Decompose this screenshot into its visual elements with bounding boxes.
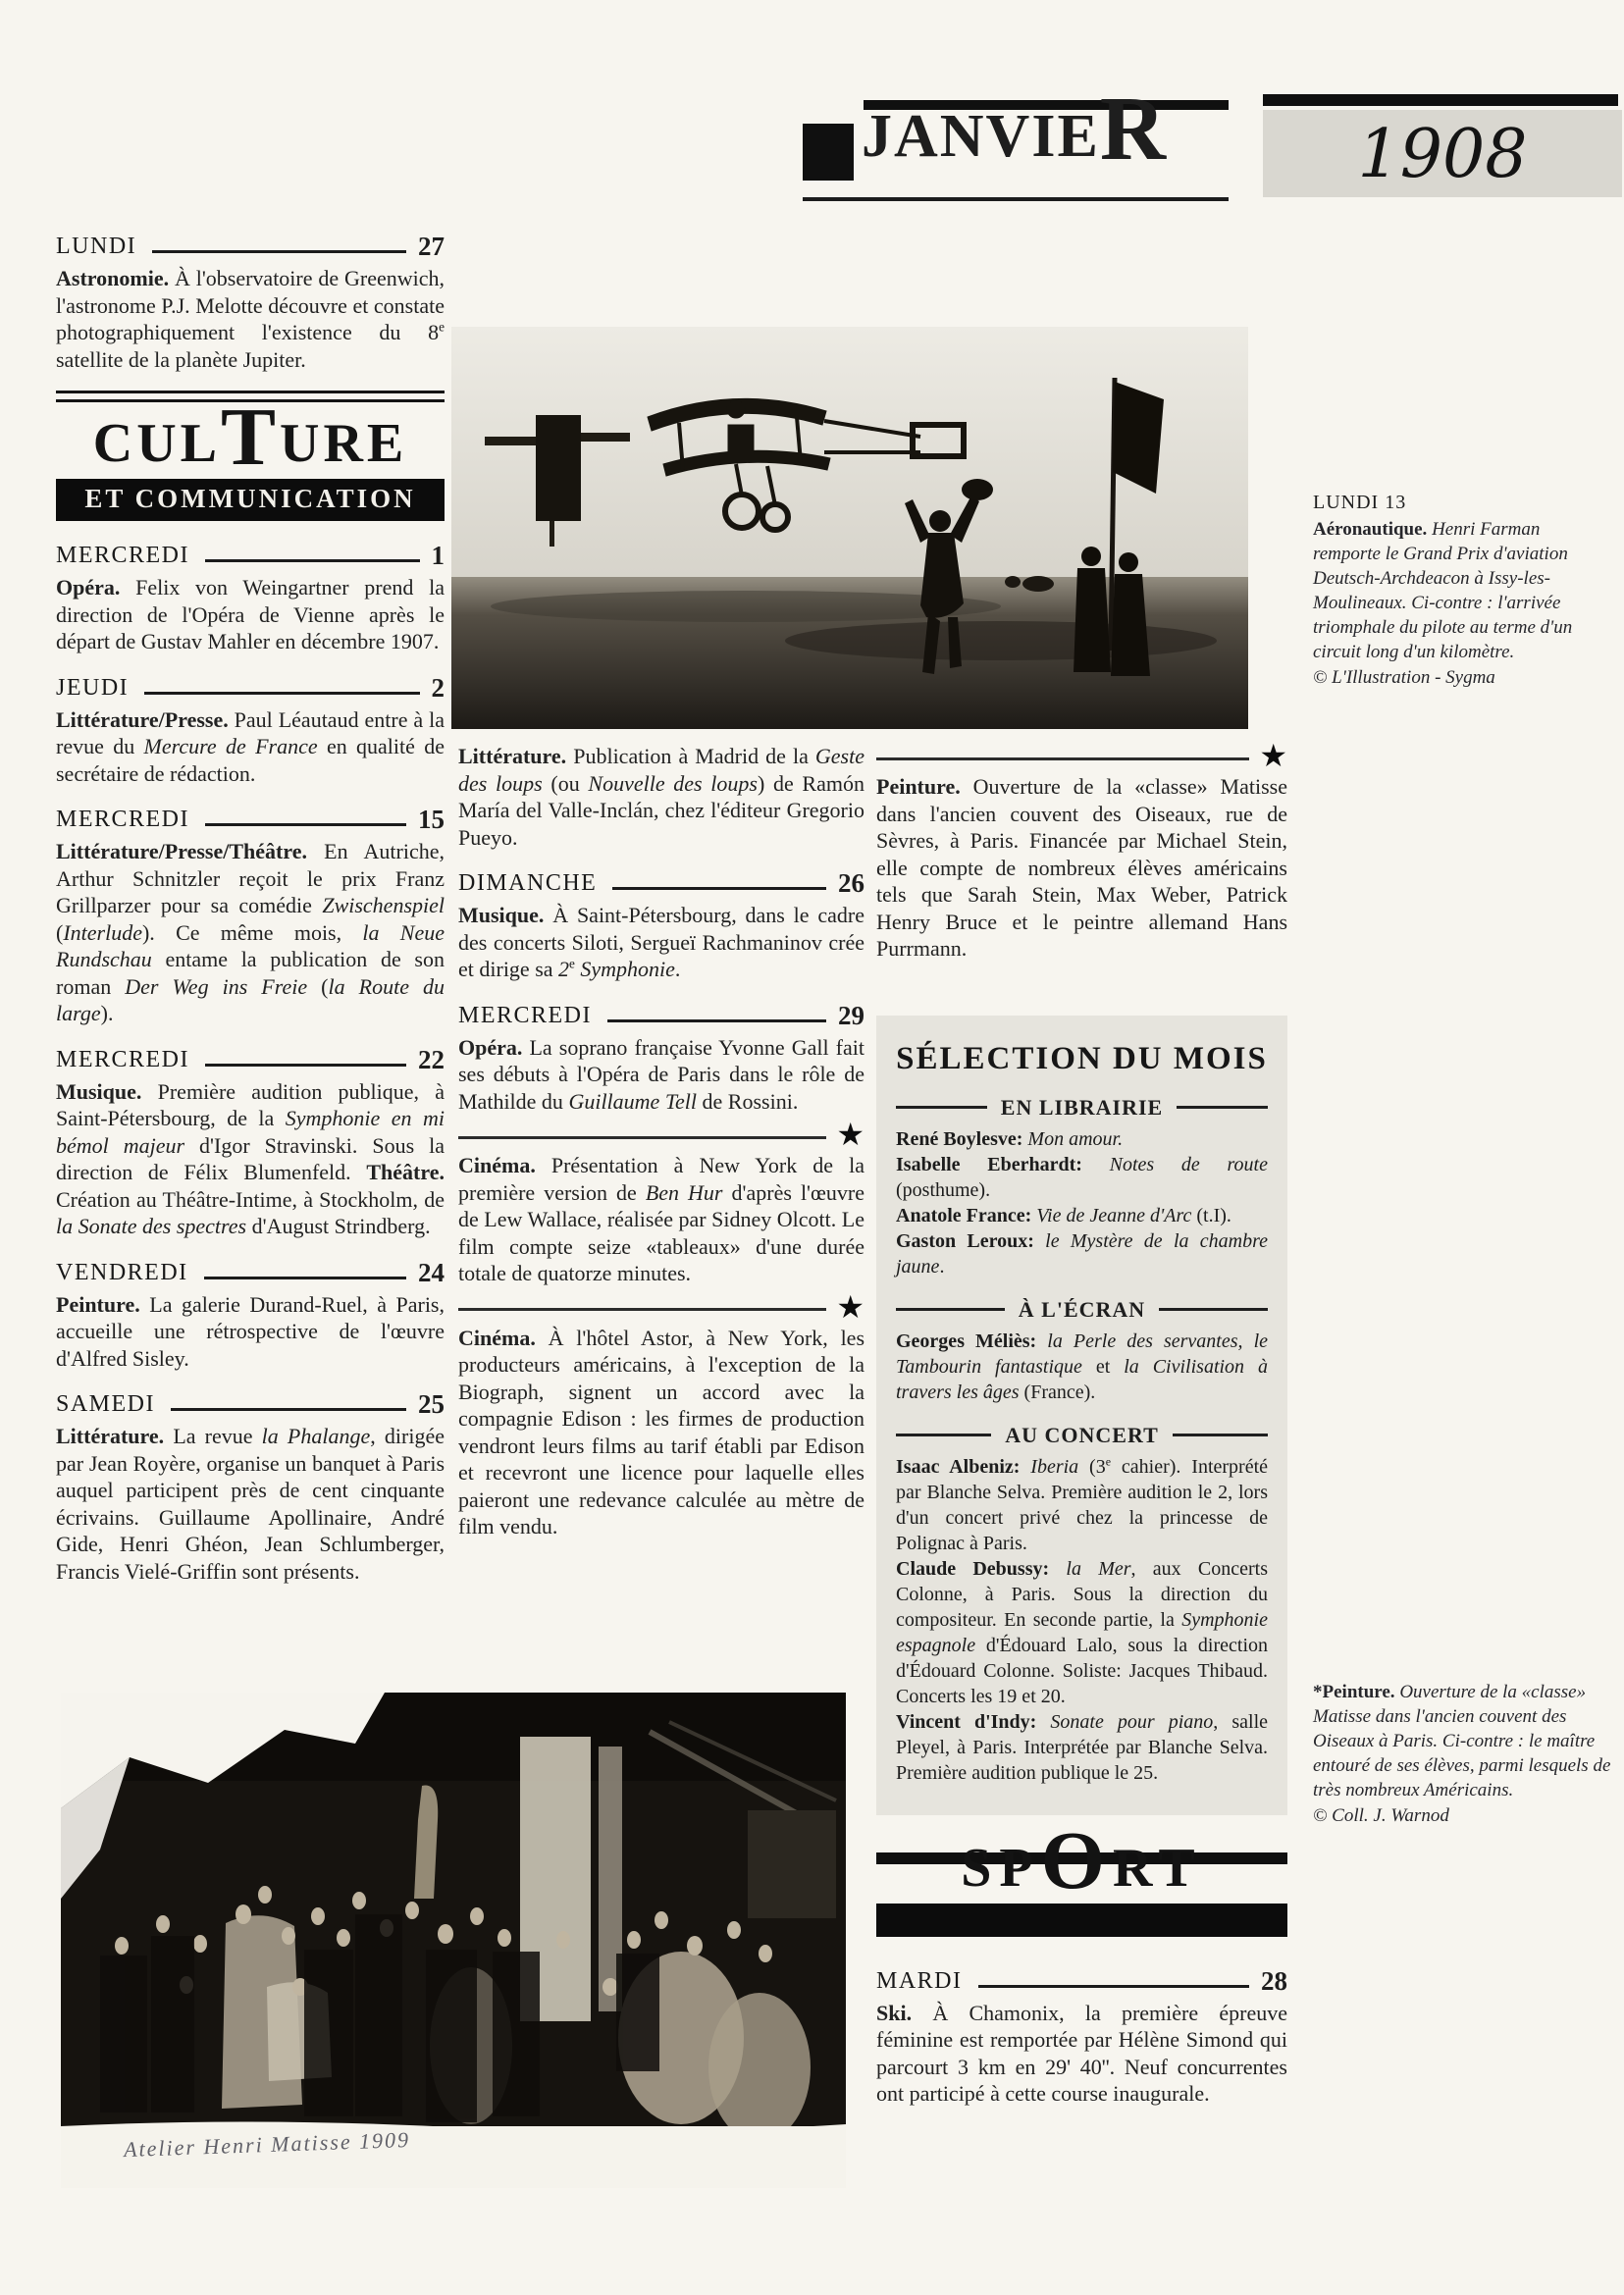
margin-caption-matisse: *Peinture. Ouverture de la «classe» Mati… [1313, 1680, 1611, 1828]
headline-rule [978, 1985, 1249, 1988]
selection-item: Anatole France: Vie de Jeanne d'Arc (t.I… [896, 1203, 1268, 1228]
day-label: MERCREDI [56, 807, 189, 833]
day-label: DIMANCHE [458, 870, 597, 897]
entry-cinema-benhur: Cinéma. Présentation à New York de la pr… [458, 1152, 864, 1287]
selection-item: Georges Méliès: la Perle des servantes, … [896, 1329, 1268, 1405]
heading-label: EN LIBRAIRIE [1001, 1095, 1163, 1121]
month-text: JANVIE [862, 103, 1100, 170]
selection-item: Claude Debussy: la Mer, aux Concerts Col… [896, 1556, 1268, 1709]
culture-big-letter: T [221, 391, 280, 483]
culture-banner: CULTURE ET COMMUNICATION [56, 391, 445, 521]
sport-title: SPORT [876, 1837, 1287, 1900]
section-heading-librairie: EN LIBRAIRIE [896, 1095, 1268, 1121]
selection-item: René Boylesve: Mon amour. [896, 1126, 1268, 1152]
heading-rule [896, 1308, 1005, 1311]
day-headline: VENDREDI 24 [56, 1258, 445, 1288]
entry-body: Littérature. Publication à Madrid de la … [458, 743, 864, 851]
photo-farman-flight [451, 327, 1248, 729]
entry-lundi-27: LUNDI 27 Astronomie. À l'observatoire de… [56, 232, 445, 373]
culture-post: URE [280, 413, 407, 474]
month-big-letter: R [1100, 78, 1168, 180]
year-box-bar [1263, 94, 1618, 106]
day-number: 27 [418, 232, 445, 262]
day-label: MERCREDI [56, 543, 189, 569]
selection-item: Vincent d'Indy: Sonate pour piano, salle… [896, 1709, 1268, 1786]
entry-cinema-astor: Cinéma. À l'hôtel Astor, à New York, les… [458, 1325, 864, 1540]
day-label: SAMEDI [56, 1391, 155, 1418]
star-icon: ★ [1259, 751, 1287, 760]
rule-line [458, 1308, 826, 1311]
entry-mercredi-22: MERCREDI 22 Musique. Première audition p… [56, 1045, 445, 1240]
day-headline: JEUDI 2 [56, 673, 445, 704]
section-heading-concert: AU CONCERT [896, 1423, 1268, 1448]
entry-samedi-25: SAMEDI 25 Littérature. La revue la Phala… [56, 1389, 445, 1585]
culture-pre: CUL [93, 413, 221, 474]
entry-body: Opéra. La soprano française Yvonne Gall … [458, 1034, 864, 1116]
rule-line [876, 757, 1249, 760]
entry-body: Peinture. La galerie Durand-Ruel, à Pari… [56, 1291, 445, 1373]
sport-pre: SP [961, 1838, 1040, 1899]
sport-big-letter: O [1041, 1815, 1113, 1906]
entry-madrid: Littérature. Publication à Madrid de la … [458, 743, 864, 851]
headline-rule [144, 692, 419, 695]
caption-credit: © L'Illustration - Sygma [1313, 665, 1611, 690]
heading-rule [1177, 1106, 1268, 1109]
headline-rule [171, 1408, 406, 1411]
section-heading-ecran: À L'ÉCRAN [896, 1297, 1268, 1323]
middle-column: Littérature. Publication à Madrid de la … [458, 743, 864, 1558]
selection-item: Isaac Albeniz: Iberia (3e cahier). Inter… [896, 1454, 1268, 1556]
month-header: JANVIER [862, 86, 1232, 204]
heading-rule [1173, 1434, 1268, 1436]
day-label: MERCREDI [56, 1047, 189, 1073]
day-headline: MARDI 28 [876, 1966, 1287, 1997]
heading-label: AU CONCERT [1005, 1423, 1159, 1448]
caption-body: Aéronautique. Henri Farman remporte le G… [1313, 517, 1611, 664]
culture-title: CULTURE [56, 412, 445, 475]
day-number: 28 [1261, 1966, 1287, 1997]
caption-heading: LUNDI 13 [1313, 491, 1611, 515]
entry-peinture-matisse: Peinture. Ouverture de la «classe» Matis… [876, 773, 1287, 963]
headline-rule [205, 1064, 406, 1067]
day-number: 1 [432, 541, 445, 571]
rule-line [458, 1136, 826, 1139]
day-headline: SAMEDI 25 [56, 1389, 445, 1420]
day-label: JEUDI [56, 675, 129, 702]
page-title-year: 1908 [1263, 110, 1622, 200]
day-number: 25 [418, 1389, 445, 1420]
selection-item: Gaston Leroux: le Mystère de la chambre … [896, 1228, 1268, 1279]
entry-body: Cinéma. Présentation à New York de la pr… [458, 1152, 864, 1287]
star-rule: ★ [458, 1132, 864, 1142]
month-header-rule [803, 197, 1229, 201]
year-box: 1908 [1263, 110, 1622, 197]
culture-subtitle: ET COMMUNICATION [56, 479, 445, 521]
entry-body: Ski. À Chamonix, la première épreuve fém… [876, 2000, 1287, 2108]
heading-rule [896, 1434, 991, 1436]
atelier-photo-illustration [61, 1693, 846, 2188]
headline-rule [204, 1277, 406, 1279]
star-icon: ★ [836, 1302, 864, 1312]
entry-body: Musique. À Saint-Pétersbourg, dans le ca… [458, 902, 864, 983]
entry-body: Peinture. Ouverture de la «classe» Matis… [876, 773, 1287, 963]
page-title-month: JANVIER [862, 102, 1168, 172]
left-column: LUNDI 27 Astronomie. À l'observatoire de… [56, 232, 445, 1602]
entry-body: Littérature/Presse/Théâtre. En Autriche,… [56, 838, 445, 1027]
caption-body: *Peinture. Ouverture de la «classe» Mati… [1313, 1680, 1611, 1802]
month-header-square [803, 124, 854, 181]
day-headline: MERCREDI 1 [56, 541, 445, 571]
day-number: 15 [418, 805, 445, 835]
page: { "header": { "month_pre": "JANVIE", "mo… [0, 0, 1624, 2295]
headline-rule [607, 1019, 826, 1022]
heading-label: À L'ÉCRAN [1019, 1297, 1145, 1323]
star-rule: ★ [458, 1305, 864, 1315]
farman-photo-illustration [451, 327, 1248, 729]
day-headline: DIMANCHE 26 [458, 868, 864, 899]
star-icon: ★ [836, 1129, 864, 1139]
headline-rule [205, 823, 406, 826]
entry-mercredi-1: MERCREDI 1 Opéra. Felix von Weingartner … [56, 541, 445, 655]
day-number: 26 [838, 868, 864, 899]
day-headline: MERCREDI 29 [458, 1001, 864, 1031]
entry-body: Musique. Première audition publique, à S… [56, 1078, 445, 1240]
headline-rule [205, 559, 419, 562]
entry-body: Opéra. Felix von Weingartner prend la di… [56, 574, 445, 655]
day-number: 24 [418, 1258, 445, 1288]
entry-mercredi-29: MERCREDI 29 Opéra. La soprano française … [458, 1001, 864, 1116]
heading-rule [1159, 1308, 1268, 1311]
photo-matisse-atelier: Atelier Henri Matisse 1909 [61, 1693, 846, 2188]
day-number: 2 [432, 673, 445, 704]
entry-dimanche-26: DIMANCHE 26 Musique. À Saint-Pétersbourg… [458, 868, 864, 983]
entry-jeudi-2: JEUDI 2 Littérature/Presse. Paul Léautau… [56, 673, 445, 788]
selection-title: SÉLECTION DU MOIS [896, 1041, 1268, 1077]
day-label: VENDREDI [56, 1260, 188, 1286]
entry-body: Cinéma. À l'hôtel Astor, à New York, les… [458, 1325, 864, 1540]
entry-body: Astronomie. À l'observatoire de Greenwic… [56, 265, 445, 373]
day-headline: MERCREDI 22 [56, 1045, 445, 1075]
day-number: 29 [838, 1001, 864, 1031]
entry-mercredi-15: MERCREDI 15 Littérature/Presse/Théâtre. … [56, 805, 445, 1027]
headline-rule [612, 887, 826, 890]
entry-body: Littérature. La revue la Phalange, dirig… [56, 1423, 445, 1585]
day-label: MARDI [876, 1968, 963, 1995]
day-headline: MERCREDI 15 [56, 805, 445, 835]
selection-item: Isabelle Eberhardt: Notes de route (post… [896, 1152, 1268, 1203]
heading-rule [896, 1106, 987, 1109]
day-number: 22 [418, 1045, 445, 1075]
sport-bottom-bar [876, 1904, 1287, 1937]
selection-box: SÉLECTION DU MOIS EN LIBRAIRIE René Boyl… [876, 1016, 1287, 1815]
day-label: LUNDI [56, 234, 136, 260]
sport-post: RT [1113, 1838, 1203, 1899]
sport-banner: SPORT [876, 1837, 1287, 1937]
day-label: MERCREDI [458, 1003, 592, 1029]
star-rule: ★ [876, 754, 1287, 763]
headline-rule [152, 250, 406, 253]
entry-body: Littérature/Presse. Paul Léautaud entre … [56, 706, 445, 788]
entry-vendredi-24: VENDREDI 24 Peinture. La galerie Durand-… [56, 1258, 445, 1373]
entry-mardi-28: MARDI 28 Ski. À Chamonix, la première ép… [876, 1966, 1287, 2108]
caption-credit: © Coll. J. Warnod [1313, 1803, 1611, 1828]
right-column: ★ Peinture. Ouverture de la «classe» Mat… [876, 738, 1287, 2125]
margin-caption-farman: LUNDI 13 Aéronautique. Henri Farman remp… [1313, 491, 1611, 690]
day-headline: LUNDI 27 [56, 232, 445, 262]
